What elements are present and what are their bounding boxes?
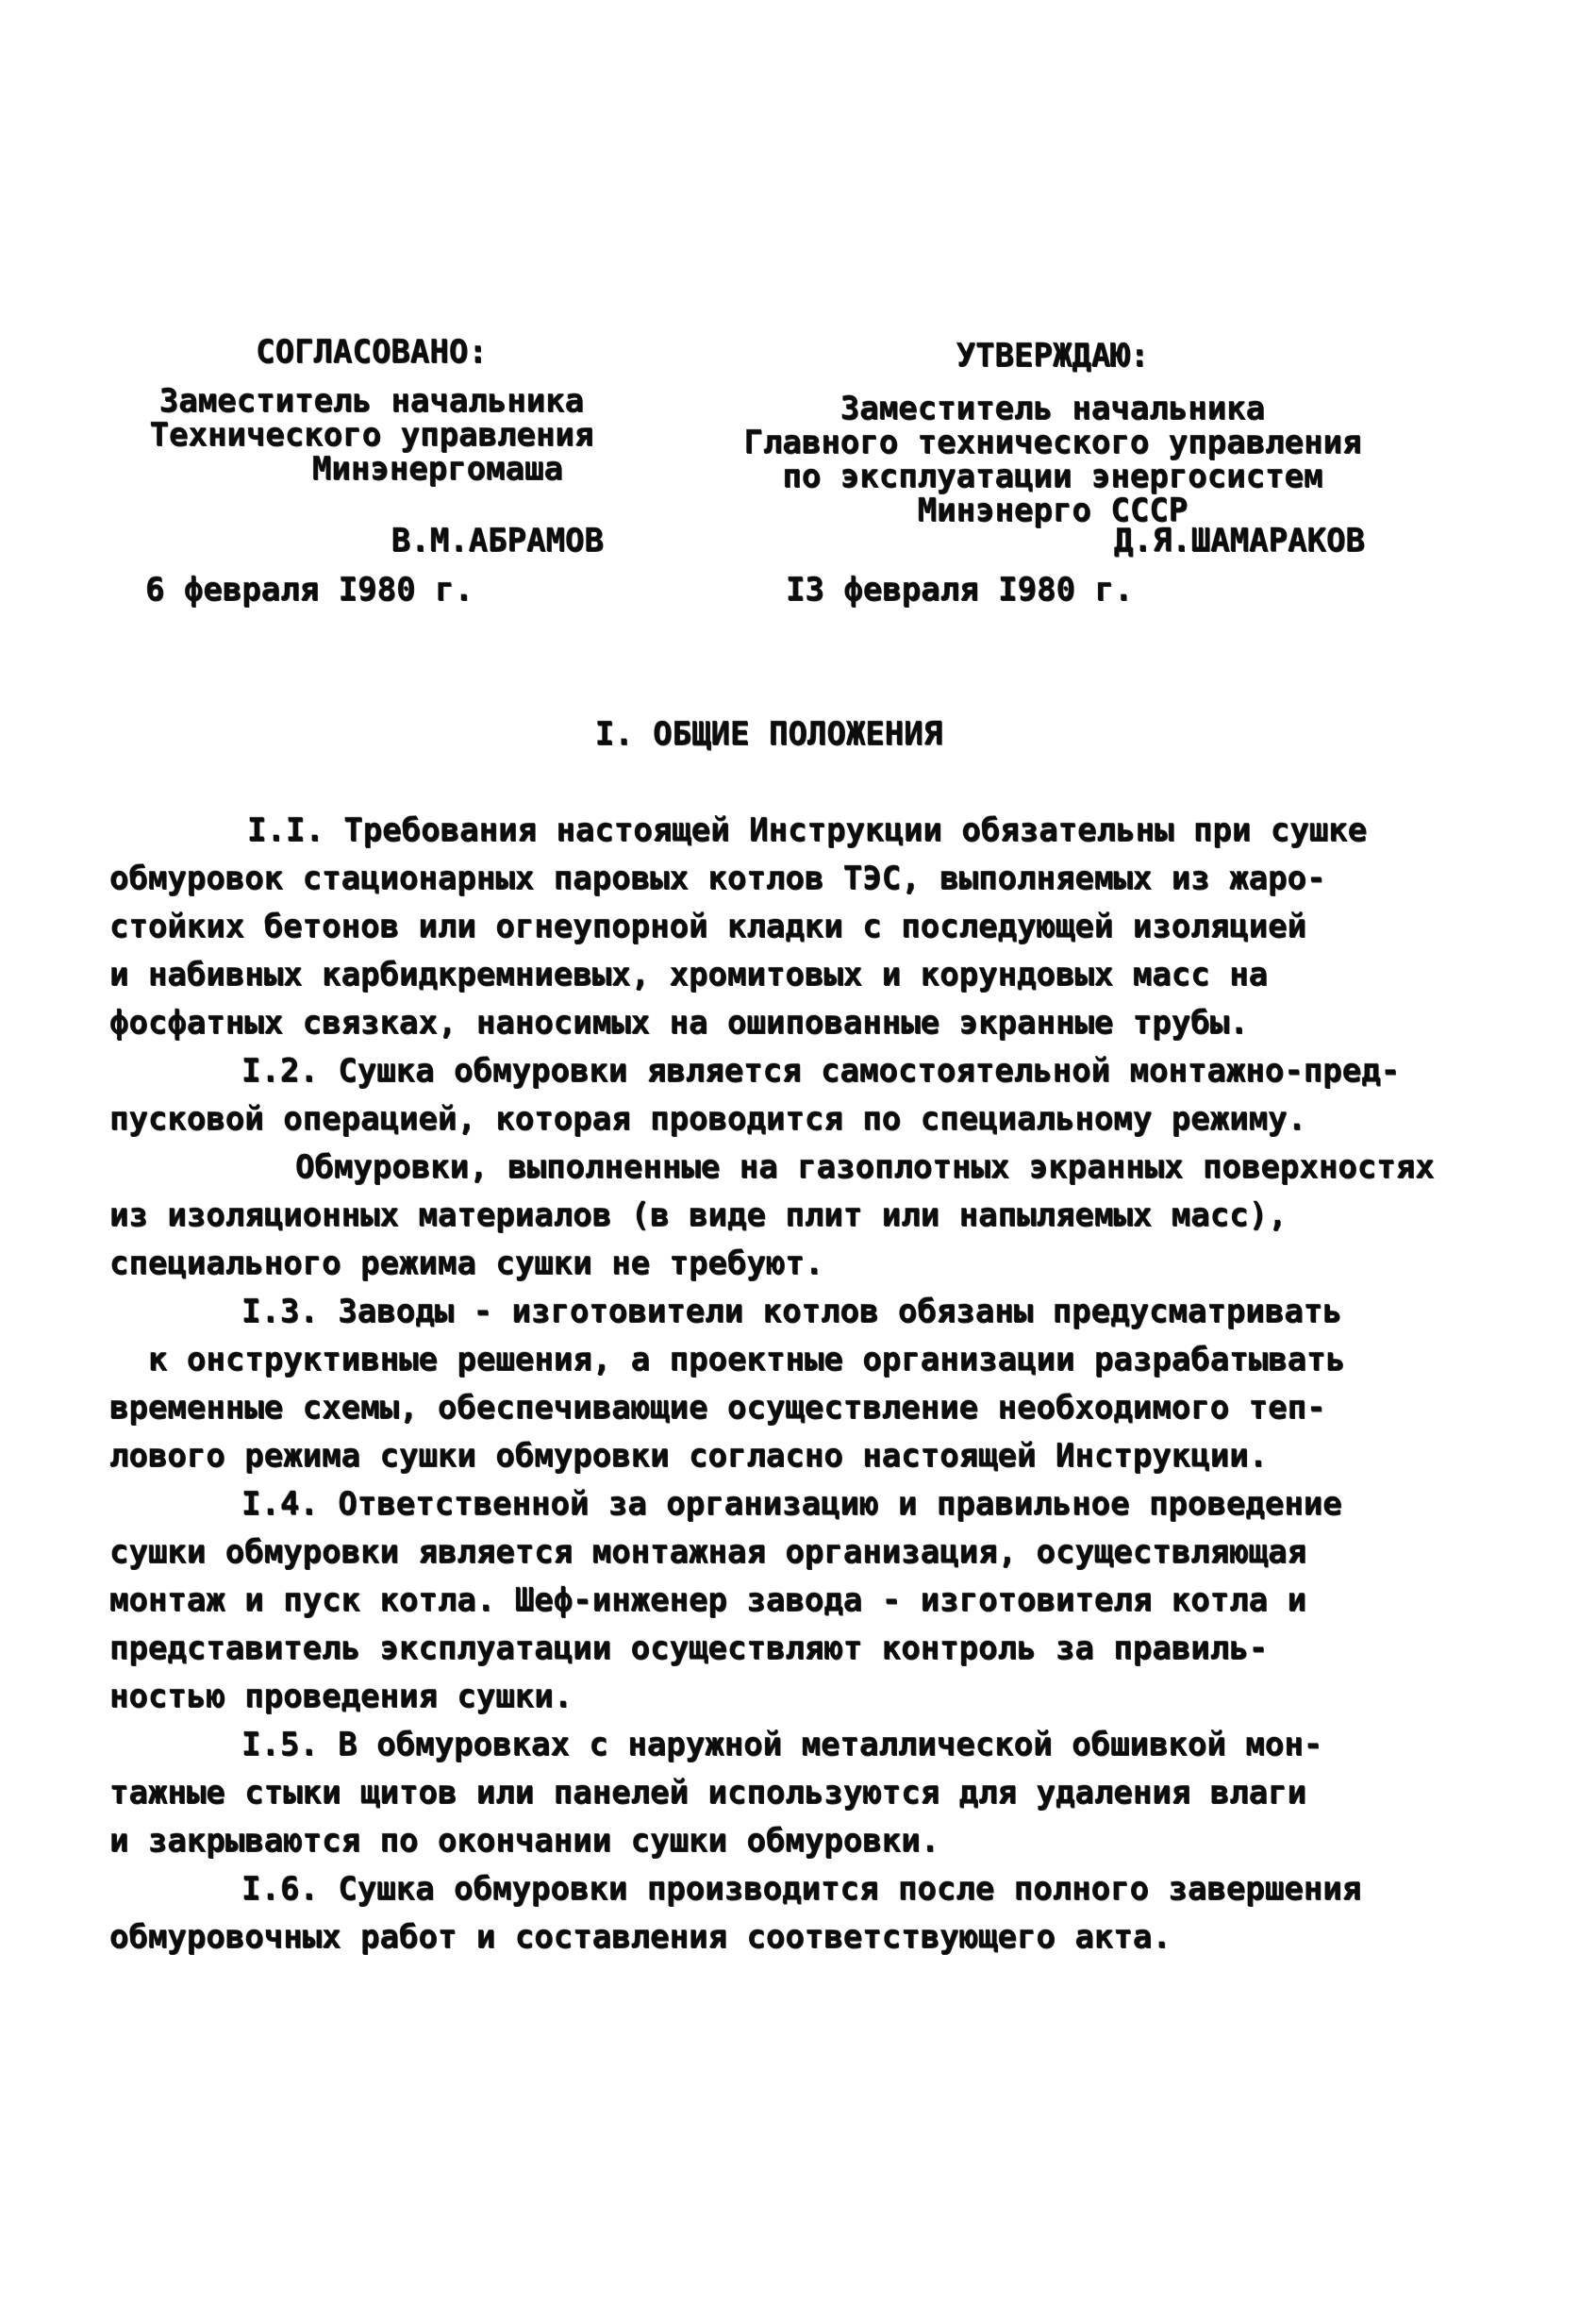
stamp-date: 6 февраля I980 г. [140,573,609,607]
text-line: Обмуровки, выполненные на газоплотных эк… [109,1144,1581,1192]
text-line: ностью проведения сушки. [109,1673,1581,1721]
org-line: Технического управления [140,418,604,452]
signatory-name: В.М.АБРАМОВ [140,524,604,558]
text-line: пусковой операцией, которая проводится п… [109,1095,1581,1144]
text-line: стойких бетонов или огнеупорной кладки с… [109,903,1581,951]
text-line: обмуровок стационарных паровых котлов ТЭ… [109,855,1581,903]
text-line: из изоляционных материалов (в виде плит … [109,1192,1581,1240]
text-line: временные схемы, обеспечивающие осуществ… [109,1384,1581,1432]
text-line: I.6. Сушка обмуровки производится после … [109,1865,1581,1913]
text-line: лового режима сушки обмуровки согласно н… [109,1432,1581,1480]
text-line: и набивных карбидкремниевых, хромитовых … [109,951,1581,999]
org-line: по эксплуатации энергосистем [740,459,1365,493]
org-line: Заместитель начальника [140,384,604,418]
text-line: обмуровочных работ и составления соответ… [109,1913,1581,1962]
org-line: Минэнергомаша [206,452,670,486]
text-line: I.4. Ответственной за организацию и прав… [109,1480,1581,1529]
text-line: I.2. Сушка обмуровки является самостояте… [109,1047,1581,1095]
text-line: I.I. Требования настоящей Инструкции обя… [109,807,1581,855]
scanned-document-page: { "document": { "paper_color": "#ffffff"… [0,0,1596,2322]
text-line: и закрываются по окончании сушки обмуров… [109,1817,1581,1865]
section-heading: I. ОБЩИЕ ПОЛОЖЕНИЯ [0,713,1538,755]
text-line: тажные стыки щитов или панелей использую… [109,1769,1581,1817]
text-line: I.3. Заводы - изготовители котлов обязан… [109,1288,1581,1336]
text-line: представитель эксплуатации осуществляют … [109,1625,1581,1673]
text-line: специального режима сушки не требуют. [109,1240,1581,1288]
org-line: Заместитель начальника [740,392,1365,426]
org-line: Главного технического управления [740,426,1365,459]
text-line: I.5. В обмуровках с наружной металлическ… [109,1721,1581,1769]
text-line: фосфатных связках, наносимых на ошипован… [109,999,1581,1047]
stamp-date: I3 февраля I980 г. [740,573,1410,607]
stamp-label: СОГЛАСОВАНО: [140,335,604,369]
signatory-name: Д.Я.ШАМАРАКОВ [740,524,1365,558]
stamp-label: УТВЕРЖДАЮ: [740,339,1365,373]
body-text: I.I. Требования настоящей Инструкции обя… [109,807,1581,1962]
text-line: к онструктивные решения, а проектные орг… [109,1336,1581,1384]
text-line: сушки обмуровки является монтажная орган… [109,1529,1581,1577]
text-line: монтаж и пуск котла. Шеф-инженер завода … [109,1577,1581,1625]
